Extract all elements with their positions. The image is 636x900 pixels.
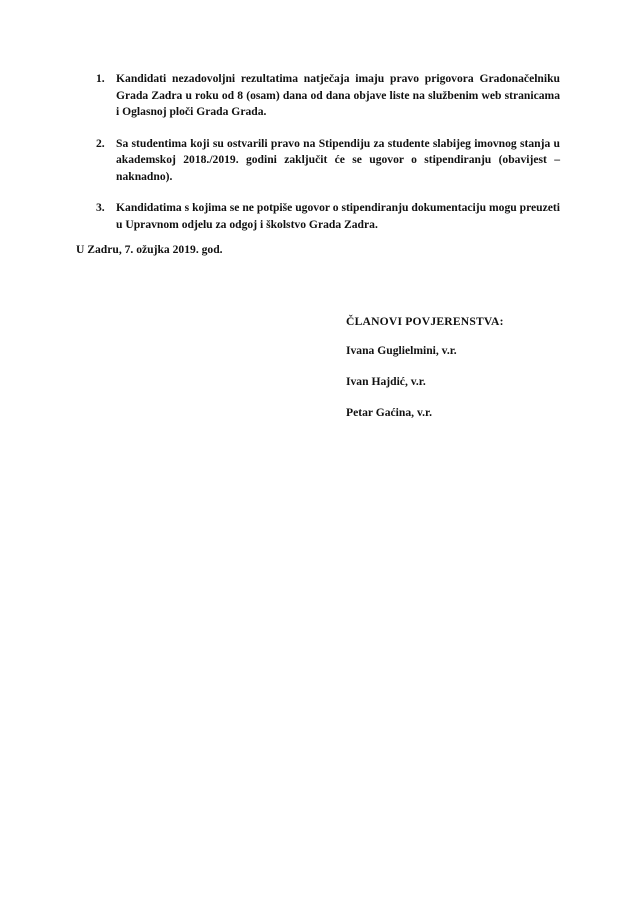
committee-heading: ČLANOVI POVJERENSTVA: — [346, 314, 504, 330]
place-and-date: U Zadru, 7. ožujka 2019. god. — [76, 242, 223, 258]
list-item-number: 1. — [96, 71, 105, 88]
list-item-text: Kandidatima s kojima se ne potpiše ugovo… — [116, 200, 560, 233]
committee-member: Ivana Guglielmini, v.r. — [346, 343, 504, 359]
numbered-list: 1. Kandidati nezadovoljni rezultatima na… — [96, 71, 560, 248]
committee-member: Ivan Hajdić, v.r. — [346, 374, 504, 390]
committee-member: Petar Gaćina, v.r. — [346, 405, 504, 421]
list-item: 2. Sa studentima koji su ostvarili pravo… — [96, 136, 560, 186]
committee-signatures: ČLANOVI POVJERENSTVA: Ivana Guglielmini,… — [346, 314, 504, 436]
list-item: 3. Kandidatima s kojima se ne potpiše ug… — [96, 200, 560, 233]
list-item: 1. Kandidati nezadovoljni rezultatima na… — [96, 71, 560, 121]
list-item-number: 2. — [96, 136, 105, 153]
document-page: 1. Kandidati nezadovoljni rezultatima na… — [0, 0, 636, 900]
list-item-number: 3. — [96, 200, 105, 217]
list-item-text: Sa studentima koji su ostvarili pravo na… — [116, 136, 560, 186]
list-item-text: Kandidati nezadovoljni rezultatima natje… — [116, 71, 560, 121]
